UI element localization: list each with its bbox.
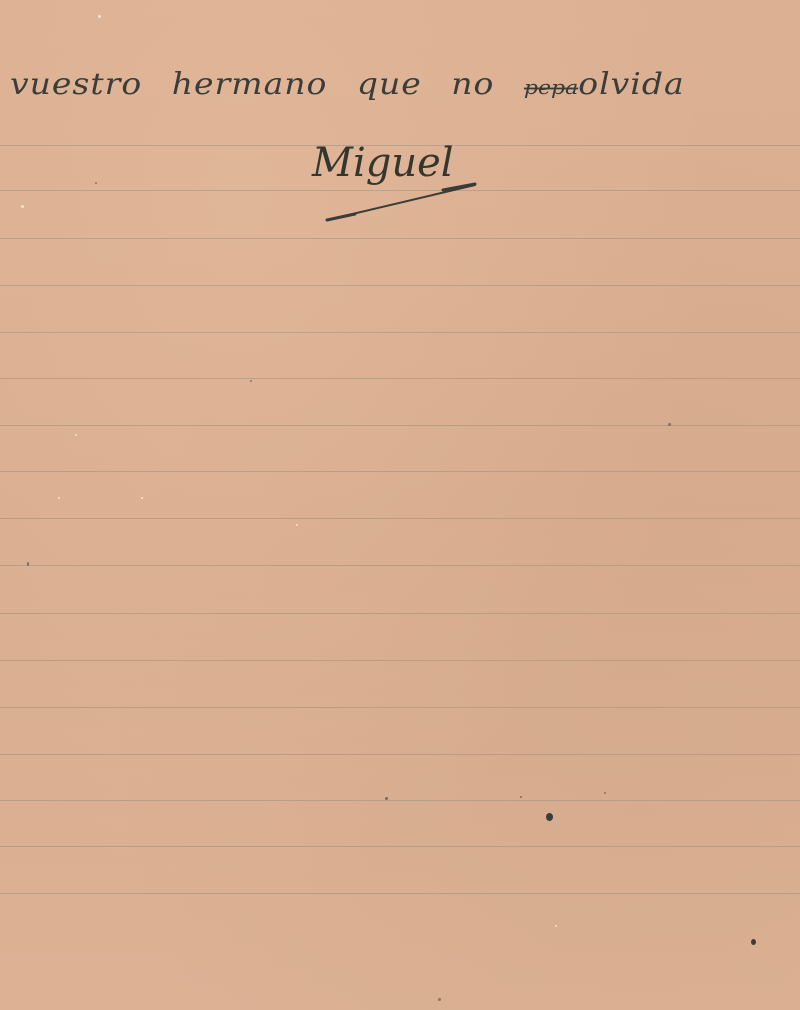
ink-speck <box>546 813 553 821</box>
body-text-final-word: olvida <box>578 66 684 101</box>
paper-fleck <box>296 524 298 526</box>
ink-speck <box>520 796 522 798</box>
paper-fleck <box>98 15 101 18</box>
paper-fleck <box>75 434 77 436</box>
body-text-line: vuestro hermano que no pepaolvida <box>10 66 685 101</box>
ink-speck <box>95 182 97 184</box>
ruled-line <box>0 893 800 894</box>
body-text: vuestro hermano que no <box>10 66 494 101</box>
ruled-line <box>0 378 800 379</box>
ink-speck <box>668 423 671 426</box>
ruled-line <box>0 285 800 286</box>
ruled-line <box>0 707 800 708</box>
ruled-line <box>0 471 800 472</box>
letter-page: vuestro hermano que no pepaolvida Miguel <box>0 0 800 1010</box>
ruled-line <box>0 238 800 239</box>
signature-flourish-icon <box>325 178 485 238</box>
paper-fleck <box>21 205 24 208</box>
paper-fleck <box>555 925 557 927</box>
ink-speck <box>27 562 29 566</box>
ruled-line <box>0 518 800 519</box>
ruled-line <box>0 332 800 333</box>
ink-speck <box>385 797 388 800</box>
ruled-line <box>0 613 800 614</box>
ink-speck <box>751 939 756 945</box>
ink-speck <box>250 380 252 382</box>
ruled-line <box>0 660 800 661</box>
ruled-line <box>0 425 800 426</box>
ink-speck <box>438 998 441 1001</box>
ruled-line <box>0 565 800 566</box>
ruled-line <box>0 846 800 847</box>
struck-out-word: pepa <box>524 77 578 100</box>
ruled-line <box>0 754 800 755</box>
ink-speck <box>604 792 606 794</box>
ruled-line <box>0 800 800 801</box>
paper-fleck <box>141 497 143 499</box>
paper-fleck <box>58 497 60 499</box>
